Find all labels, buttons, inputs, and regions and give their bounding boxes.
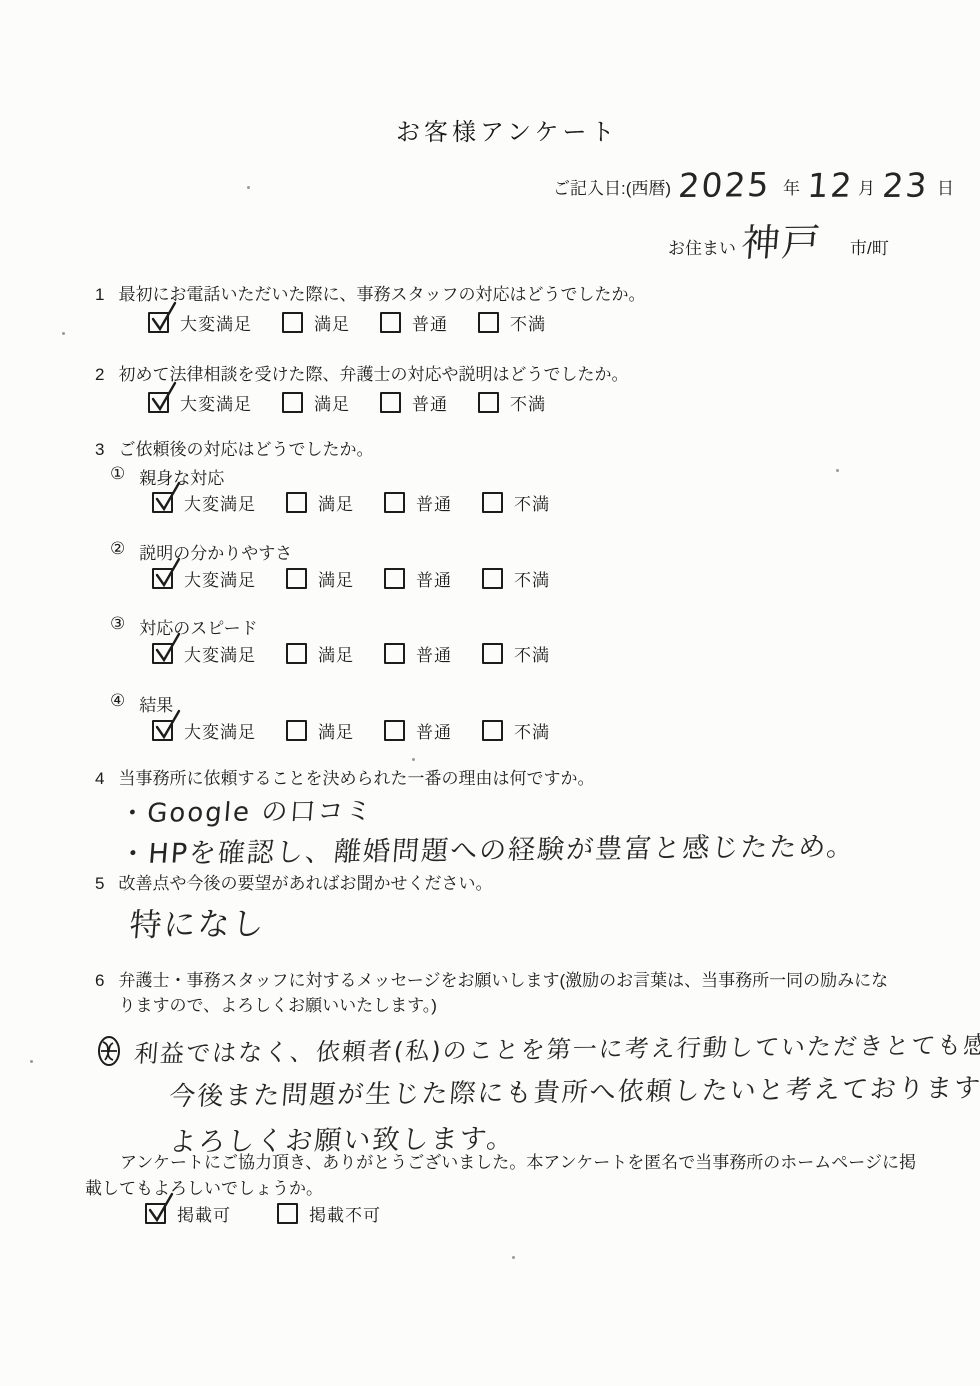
scan-noise-dot [836, 469, 839, 472]
option-label: 普通 [416, 566, 452, 591]
option-normal: 普通 [384, 641, 452, 666]
checkbox-dissatisfied[interactable] [478, 312, 499, 333]
checkbox-dissatisfied[interactable] [482, 643, 503, 664]
question-3: 3 ご依頼後の対応はどうでしたか。 [95, 438, 895, 463]
question-1-number: 1 [95, 283, 104, 308]
question-3-text: ご依頼後の対応はどうでしたか。 [118, 438, 373, 463]
checkbox-very-satisfied[interactable] [152, 492, 173, 513]
page-title: お客様アンケート [396, 112, 619, 147]
question-4-answer-1: ・Google の口コミ [118, 790, 375, 830]
option-label: 普通 [416, 718, 452, 743]
option-dissatisfied: 不満 [478, 390, 546, 415]
option-label: 大変満足 [184, 641, 256, 666]
option-label: 掲載可 [177, 1201, 231, 1226]
checkbox-very-satisfied[interactable] [152, 720, 173, 741]
date-year-unit: 年 [783, 174, 800, 205]
question-2: 2 初めて法律相談を受けた際、弁護士の対応や説明はどうでしたか。 [95, 363, 895, 388]
option-very-satisfied: 大変満足 [152, 490, 256, 515]
checkbox-satisfied[interactable] [286, 492, 307, 513]
option-label: 不満 [510, 390, 546, 415]
question-3-item-1: ① 親身な対応 [110, 464, 224, 489]
option-label: 不満 [510, 310, 546, 335]
question-3-item-1-options: 大変満足 満足 普通 不満 [152, 490, 580, 515]
item-number: ③ [110, 614, 125, 639]
option-normal: 普通 [384, 566, 452, 591]
date-line: ご記入日:(西暦) 2025 年 12 月 23 日 [553, 166, 954, 205]
item-label: 説明の分かりやすさ [139, 539, 292, 564]
option-label: 大変満足 [180, 310, 252, 335]
date-label: ご記入日:(西暦) [553, 174, 671, 205]
question-5-number: 5 [95, 872, 104, 897]
address-label: お住まい [668, 234, 736, 267]
option-label: 満足 [318, 566, 354, 591]
scribble-mark-icon [95, 1034, 123, 1068]
question-6-text: 弁護士・事務スタッフに対するメッセージをお願いします(激励のお言葉は、当事務所一… [118, 969, 890, 1018]
option-label: 不満 [514, 490, 550, 515]
option-label: 大変満足 [184, 718, 256, 743]
checkbox-normal[interactable] [384, 492, 405, 513]
checkbox-satisfied[interactable] [282, 392, 303, 413]
question-3-number: 3 [95, 438, 104, 463]
date-year-value: 2025 [677, 165, 772, 205]
option-publish-ng: 掲載不可 [277, 1201, 381, 1226]
item-label: 対応のスピード [139, 614, 257, 639]
date-month-unit: 月 [858, 174, 875, 205]
option-label: 不満 [514, 641, 550, 666]
item-label: 結果 [139, 691, 173, 716]
question-5: 5 改善点や今後の要望があればお聞かせください。 [95, 872, 895, 897]
question-5-answer: 特になし [128, 899, 268, 946]
question-3-item-2-options: 大変満足 満足 普通 不満 [152, 566, 580, 591]
question-6-number: 6 [95, 969, 104, 1018]
checkbox-very-satisfied[interactable] [152, 568, 173, 589]
option-label: 普通 [416, 490, 452, 515]
scan-noise-dot [247, 186, 250, 189]
scan-noise-dot [30, 1060, 33, 1063]
survey-form-page: お客様アンケート ご記入日:(西暦) 2025 年 12 月 23 日 お住まい… [0, 0, 980, 1386]
option-label: 大変満足 [184, 566, 256, 591]
question-3-item-2: ② 説明の分かりやすさ [110, 539, 292, 564]
option-label: 満足 [318, 490, 354, 515]
footer-consent-text: アンケートにご協力頂き、ありがとうございました。本アンケートを匿名で当事務所のホ… [85, 1150, 917, 1203]
checkbox-dissatisfied[interactable] [482, 720, 503, 741]
item-number: ② [110, 539, 125, 564]
question-6-answer-line-1-wrap: 利益ではなく、依頼者(私)のことを第一に考え行動していただきとても感謝しています… [95, 1034, 980, 1069]
option-satisfied: 満足 [282, 310, 350, 335]
checkbox-dissatisfied[interactable] [482, 492, 503, 513]
item-number: ④ [110, 691, 125, 716]
item-number: ① [110, 464, 125, 489]
scan-noise-dot [512, 1256, 515, 1259]
checkbox-publish-ok[interactable] [145, 1203, 166, 1224]
option-dissatisfied: 不満 [482, 641, 550, 666]
checkbox-very-satisfied[interactable] [148, 392, 169, 413]
option-label: 満足 [314, 310, 350, 335]
option-dissatisfied: 不満 [482, 490, 550, 515]
question-4-answer-2: ・HPを確認し、離婚問題への経験が豊富と感じたため。 [118, 824, 857, 871]
date-day-unit: 日 [937, 174, 954, 205]
option-satisfied: 満足 [286, 566, 354, 591]
question-3-item-3: ③ 対応のスピード [110, 614, 258, 639]
option-label: 普通 [412, 390, 448, 415]
question-4: 4 当事務所に依頼することを決められた一番の理由は何ですか。 [95, 767, 895, 792]
item-label: 親身な対応 [139, 464, 224, 489]
address-suffix: 市/町 [850, 234, 889, 267]
question-2-text: 初めて法律相談を受けた際、弁護士の対応や説明はどうでしたか。 [118, 363, 628, 388]
checkbox-normal[interactable] [380, 392, 401, 413]
question-3-item-4-options: 大変満足 満足 普通 不満 [152, 718, 580, 743]
question-5-text: 改善点や今後の要望があればお聞かせください。 [118, 872, 492, 897]
question-1-options: 大変満足 満足 普通 不満 [148, 310, 576, 335]
question-2-options: 大変満足 満足 普通 不満 [148, 390, 576, 415]
option-label: 満足 [314, 390, 350, 415]
date-day-value: 23 [881, 166, 930, 205]
checkbox-normal[interactable] [384, 643, 405, 664]
checkbox-satisfied[interactable] [286, 643, 307, 664]
question-6-answer-line-1: 利益ではなく、依頼者(私)のことを第一に考え行動していただきとても感謝しています… [133, 1023, 980, 1069]
question-3-item-3-options: 大変満足 満足 普通 不満 [152, 641, 580, 666]
option-dissatisfied: 不満 [482, 566, 550, 591]
option-very-satisfied: 大変満足 [152, 566, 256, 591]
option-label: 大変満足 [180, 390, 252, 415]
checkbox-satisfied[interactable] [282, 312, 303, 333]
option-normal: 普通 [380, 390, 448, 415]
option-publish-ok: 掲載可 [145, 1201, 231, 1226]
option-satisfied: 満足 [286, 641, 354, 666]
option-label: 普通 [416, 641, 452, 666]
question-1: 1 最初にお電話いただいた際に、事務スタッフの対応はどうでしたか。 [95, 283, 895, 308]
checkbox-dissatisfied[interactable] [482, 568, 503, 589]
option-satisfied: 満足 [282, 390, 350, 415]
checkbox-very-satisfied[interactable] [148, 312, 169, 333]
option-label: 不満 [514, 718, 550, 743]
option-satisfied: 満足 [286, 718, 354, 743]
address-value: 神戸 [740, 211, 824, 267]
scan-noise-dot [412, 758, 415, 761]
option-very-satisfied: 大変満足 [152, 641, 256, 666]
checkbox-very-satisfied[interactable] [152, 643, 173, 664]
option-label: 不満 [514, 566, 550, 591]
option-label: 大変満足 [184, 490, 256, 515]
option-very-satisfied: 大変満足 [148, 390, 252, 415]
question-3-item-4: ④ 結果 [110, 691, 173, 716]
option-very-satisfied: 大変満足 [152, 718, 256, 743]
checkbox-dissatisfied[interactable] [478, 392, 499, 413]
address-line: お住まい 神戸 市/町 [668, 212, 889, 267]
checkbox-satisfied[interactable] [286, 720, 307, 741]
date-month-value: 12 [806, 166, 855, 205]
option-very-satisfied: 大変満足 [148, 310, 252, 335]
footer-consent-options: 掲載可 掲載不可 [145, 1201, 411, 1226]
option-satisfied: 満足 [286, 490, 354, 515]
option-normal: 普通 [380, 310, 448, 335]
checkbox-normal[interactable] [384, 720, 405, 741]
question-4-text: 当事務所に依頼することを決められた一番の理由は何ですか。 [118, 767, 594, 792]
option-dissatisfied: 不満 [482, 718, 550, 743]
question-6-answer-line-2: 今後また問題が生じた際にも貴所へ依頼したいと考えておりますので. [168, 1067, 980, 1113]
option-label: 掲載不可 [309, 1201, 381, 1226]
question-1-text: 最初にお電話いただいた際に、事務スタッフの対応はどうでしたか。 [118, 283, 645, 308]
option-normal: 普通 [384, 718, 452, 743]
checkbox-normal[interactable] [384, 568, 405, 589]
question-2-number: 2 [95, 363, 104, 388]
checkbox-normal[interactable] [380, 312, 401, 333]
option-dissatisfied: 不満 [478, 310, 546, 335]
option-normal: 普通 [384, 490, 452, 515]
question-6: 6 弁護士・事務スタッフに対するメッセージをお願いします(激励のお言葉は、当事務… [95, 969, 890, 1018]
option-label: 普通 [412, 310, 448, 335]
checkbox-satisfied[interactable] [286, 568, 307, 589]
option-label: 満足 [318, 641, 354, 666]
checkbox-publish-ng[interactable] [277, 1203, 298, 1224]
option-label: 満足 [318, 718, 354, 743]
scan-noise-dot [62, 332, 65, 335]
question-4-number: 4 [95, 767, 104, 792]
